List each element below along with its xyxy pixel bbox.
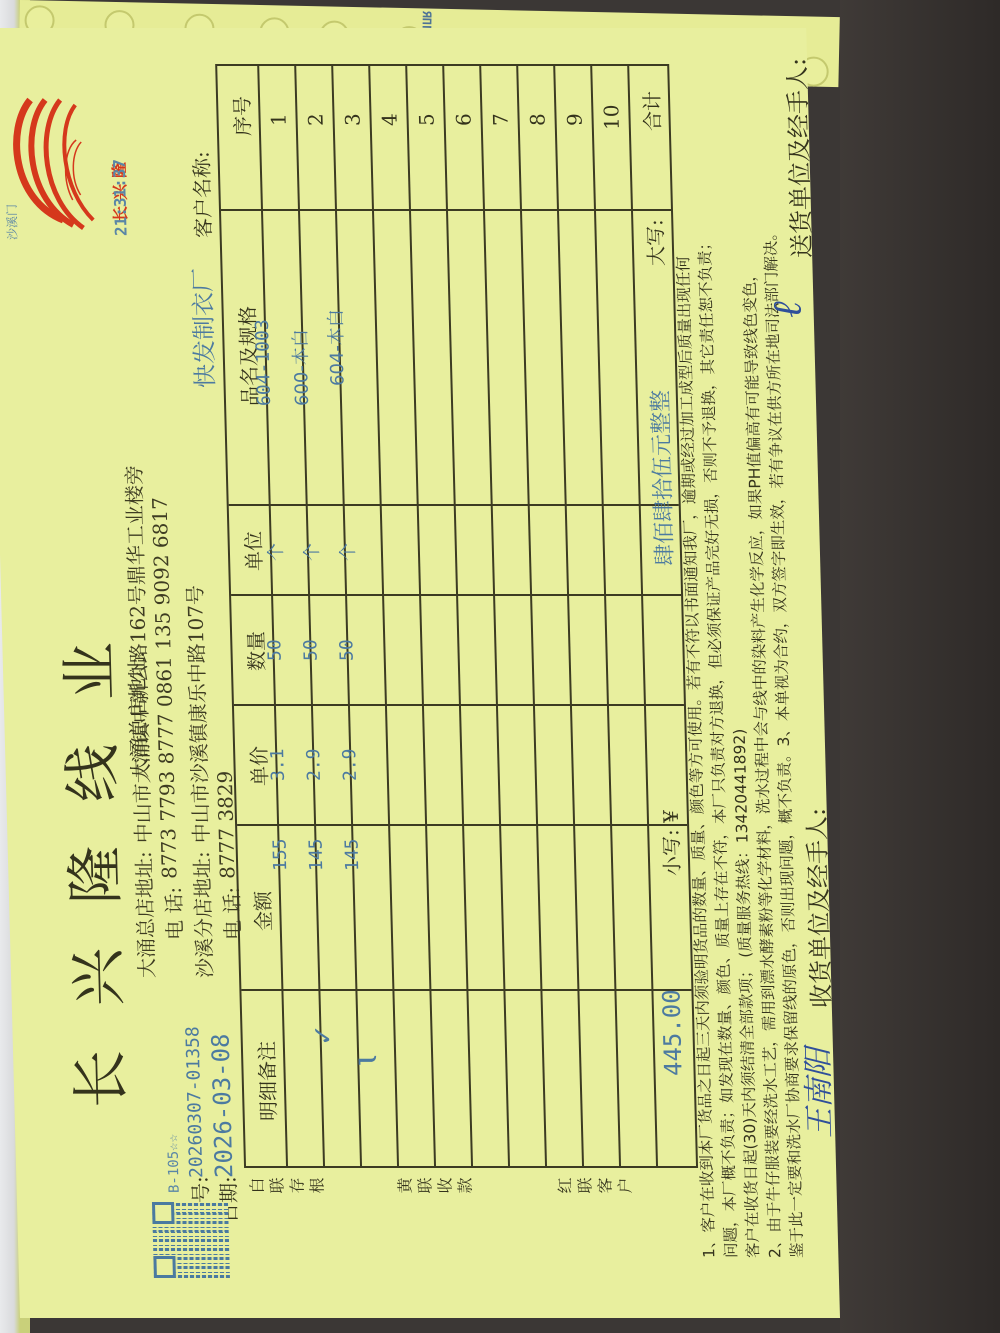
row-divider xyxy=(590,66,621,1166)
row-2-unit: 个 xyxy=(298,543,324,561)
copy-label-yellow: 黄联收款 xyxy=(396,1175,477,1198)
total-capital-label: 大写: xyxy=(639,219,669,266)
col-header-amount: 金额 xyxy=(247,891,277,931)
copy-label-red: 红联客户 xyxy=(556,1175,637,1198)
row-3-amount: 145 xyxy=(341,838,363,871)
row-divider xyxy=(368,66,399,1166)
doc-no: 20260307-01358 xyxy=(182,1026,207,1178)
customer-label: 客户名称: xyxy=(185,151,216,238)
row-no: 1 xyxy=(266,113,290,126)
tick-mark-icon: ɩ xyxy=(345,1053,385,1066)
customer-name: 快发制衣厂 xyxy=(183,268,221,388)
row-no: 5 xyxy=(414,113,438,126)
row-3-price: 2.9 xyxy=(339,748,361,781)
receiver-signature: 王南阳 xyxy=(793,1048,839,1138)
row-divider xyxy=(257,66,288,1166)
sender-signature-label: 送货单位及经手人: xyxy=(777,58,817,258)
row-no: 9 xyxy=(562,113,586,126)
row-2-amount: 145 xyxy=(305,838,327,871)
row-divider xyxy=(516,66,547,1166)
row-divider xyxy=(294,66,325,1166)
row-no: 2 xyxy=(303,113,327,126)
total-small-value: 445.00 xyxy=(657,989,687,1076)
row-1-amount: 155 xyxy=(269,838,291,871)
row-no: 6 xyxy=(451,113,475,126)
row-no: 3 xyxy=(340,113,364,126)
row-3-name: 604-本白 xyxy=(322,309,350,386)
sender-signature-scribble: ℓ xyxy=(763,301,810,318)
row-2-name: 600-本白 xyxy=(286,329,314,406)
dark-background xyxy=(840,0,1000,1333)
main-store-address-label: 大涌总店地址: xyxy=(128,851,160,978)
qr-code-icon xyxy=(152,1202,230,1278)
total-small-label: 小写: ¥ xyxy=(655,810,686,876)
row-divider xyxy=(479,66,510,1166)
row-no: 7 xyxy=(488,113,512,126)
row-no: 10 xyxy=(599,105,624,130)
logo-small-text: 沙溪门 xyxy=(3,204,21,240)
items-table: 序号 品名及规格 单位 数量 单价 金额 明细备注 1 2 3 4 5 6 7 … xyxy=(215,64,698,1168)
row-divider xyxy=(553,66,584,1166)
total-capital-value: 肆佰肆拾伍元整整 xyxy=(644,390,680,566)
row-1-name: 604-1003 xyxy=(252,319,275,406)
row-divider xyxy=(331,66,362,1166)
col-header-no: 序号 xyxy=(226,96,256,136)
main-store-phone-label: 电 话: xyxy=(158,887,188,940)
row-divider xyxy=(405,66,436,1166)
row-2-price: 2.9 xyxy=(303,748,325,781)
row-1-price: 3.1 xyxy=(267,748,289,781)
check-mark-icon: ✓ xyxy=(308,1024,339,1046)
row-3-unit: 个 xyxy=(334,543,360,561)
date: 2026-03-08 xyxy=(207,1034,239,1179)
row-no: 8 xyxy=(525,113,549,126)
row-divider xyxy=(442,66,473,1166)
col-header-note: 明细备注 xyxy=(251,1041,282,1121)
row-no: 4 xyxy=(377,113,401,126)
row-1-qty: 50 xyxy=(264,639,286,661)
copy-label-white: 白联存根 xyxy=(248,1175,329,1198)
total-label: 合计 xyxy=(636,91,666,131)
receiver-signature-label: 收货单位及经手人: xyxy=(797,808,837,1008)
branch-address-label: 沙溪分店地址: xyxy=(186,851,218,978)
row-2-qty: 50 xyxy=(300,639,322,661)
row-1-unit: 个 xyxy=(262,543,288,561)
delivery-note: 沙溪门 长兴隆 21:31:37 长兴隆线业 大涌总店地址: 大涌总店地址: 中… xyxy=(0,28,840,1318)
row-3-qty: 50 xyxy=(336,639,358,661)
serial-code: B-105☆☆ xyxy=(165,1134,183,1193)
